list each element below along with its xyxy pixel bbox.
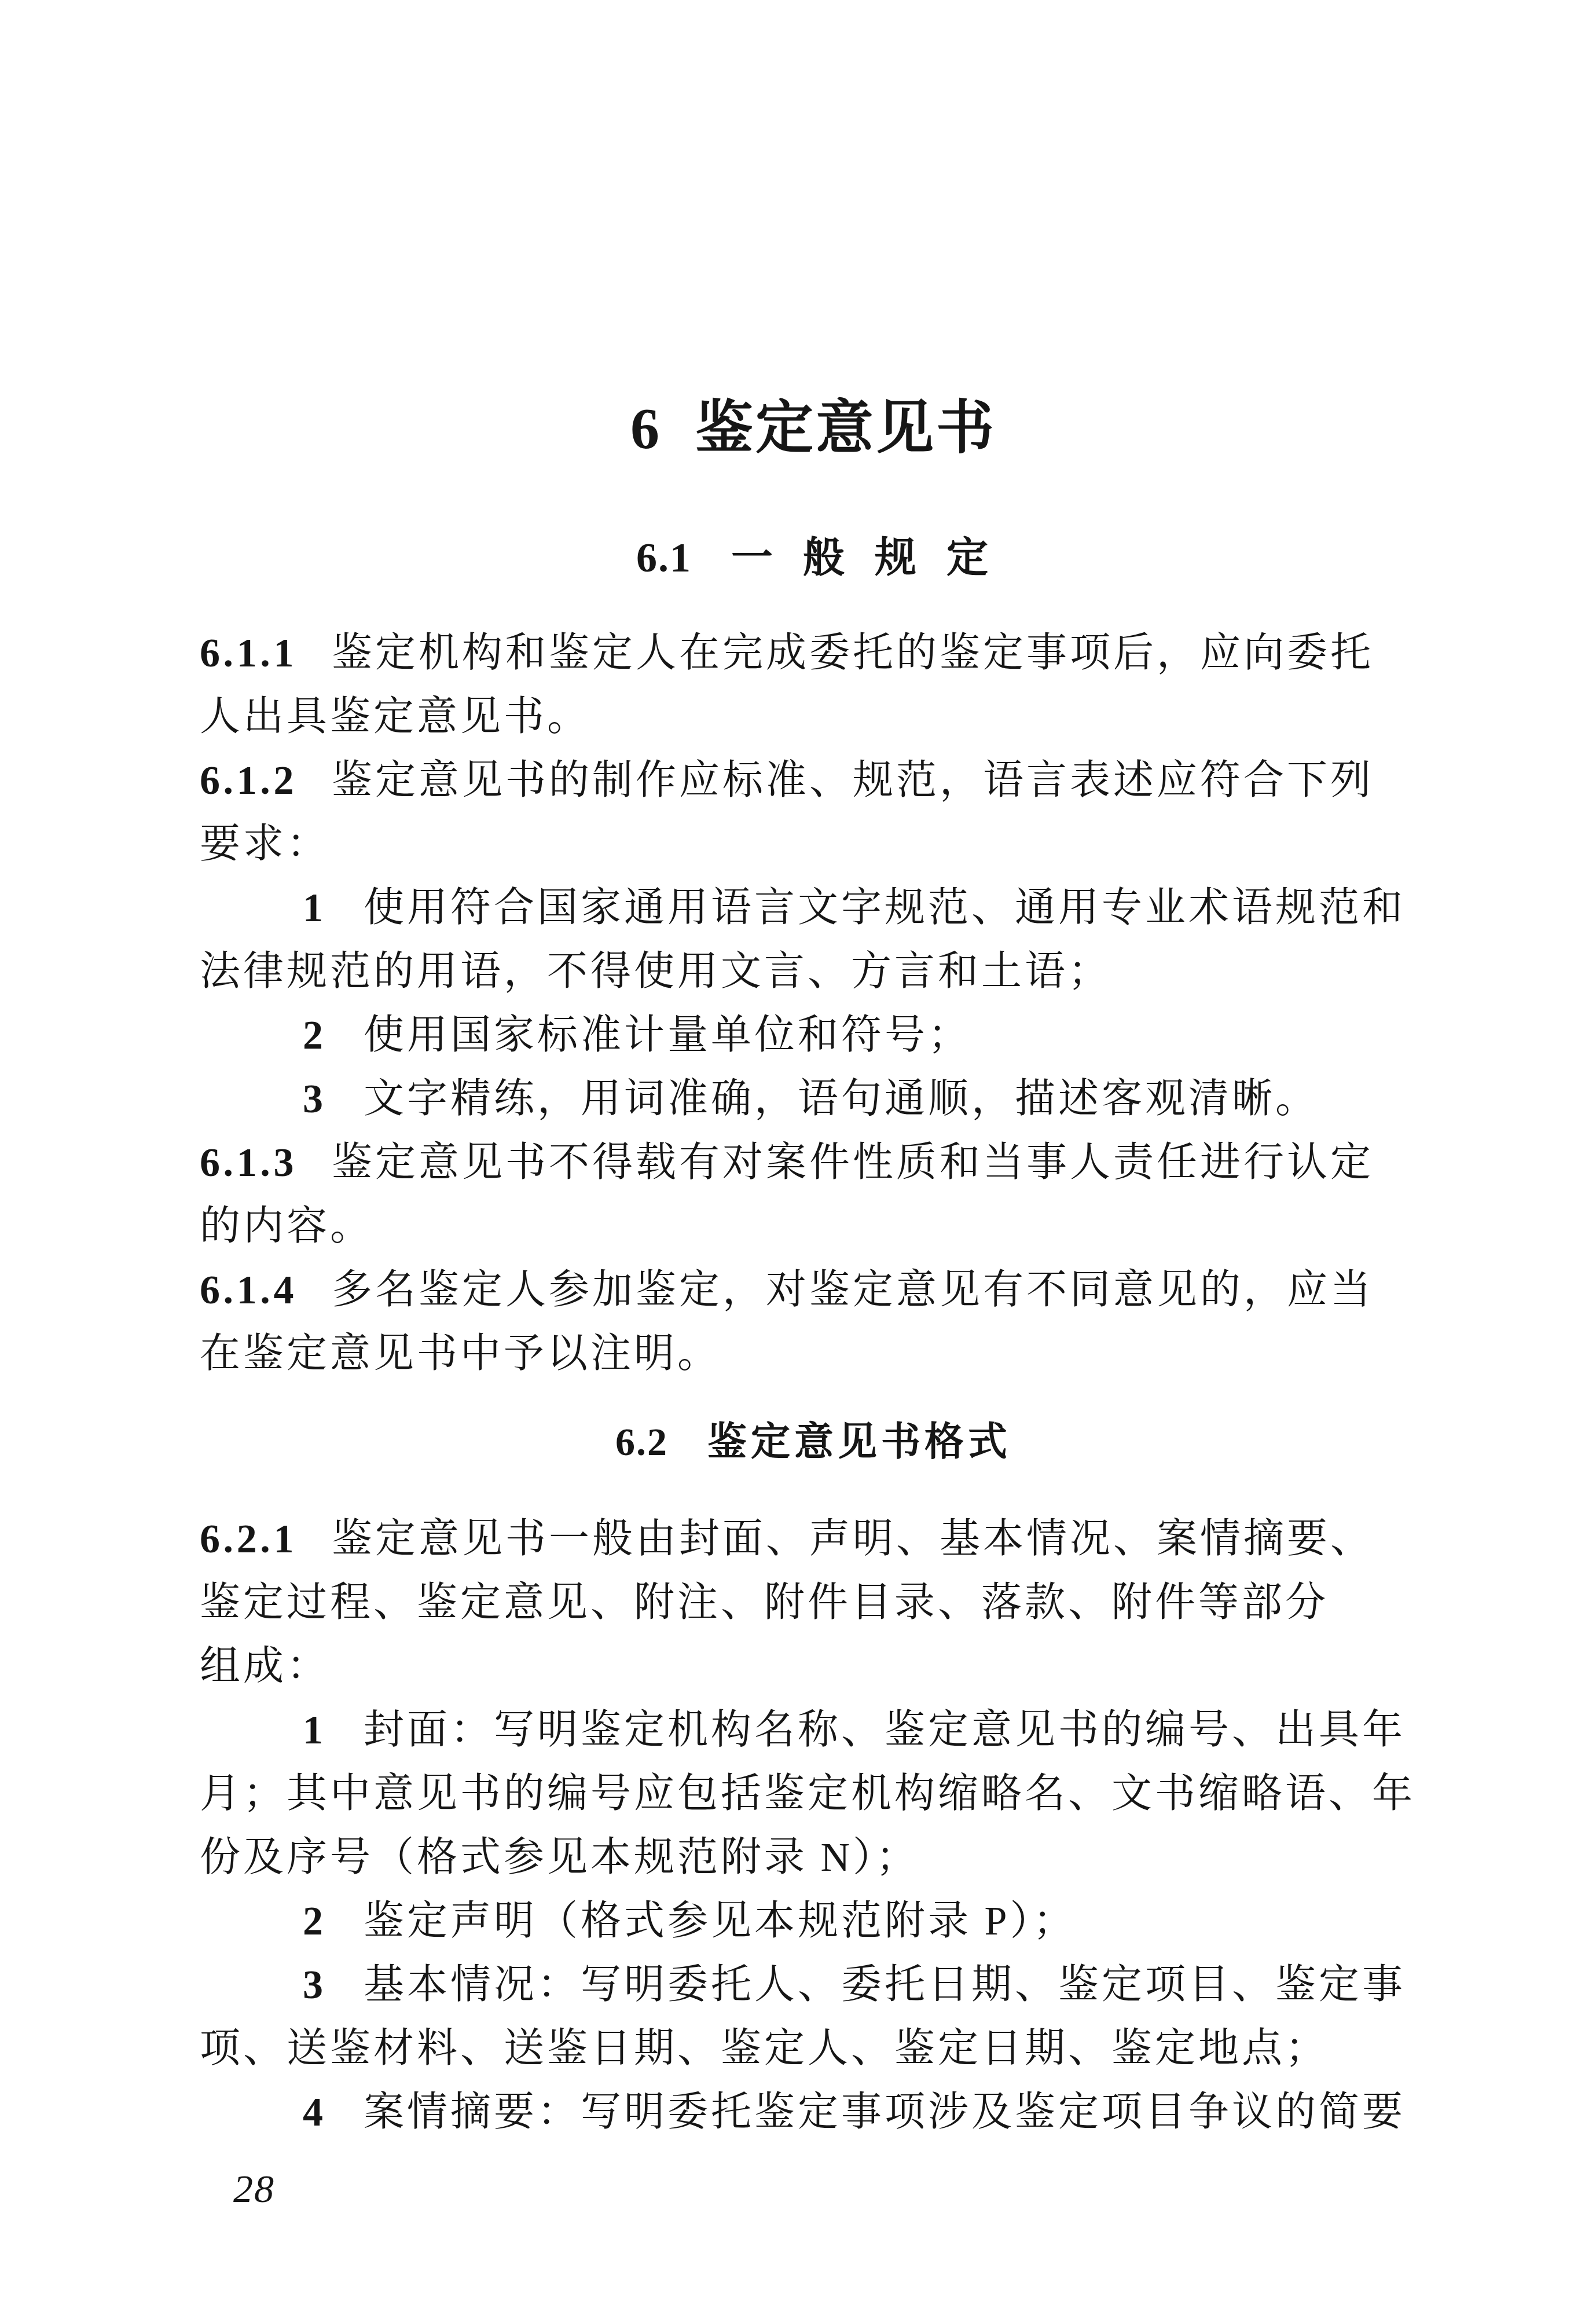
line-text: 法律规范的用语，不得使用文言、方言和土语； [200, 950, 1111, 994]
section-heading-6-1: 6.1一 般 规 定 [200, 532, 1427, 584]
body-line: 份及序号（格式参见本规范附录 N）； [200, 1826, 1427, 1890]
line-text: 份及序号（格式参见本规范附录 N）； [200, 1835, 919, 1880]
line-text: 多名鉴定人参加鉴定，对鉴定意见有不同意见的，应当 [332, 1268, 1374, 1313]
item-number: 2 [303, 1899, 323, 1944]
section-number: 6.2 [615, 1420, 668, 1464]
body-line: 在鉴定意见书中予以注明。 [200, 1322, 1427, 1386]
line-text: 鉴定声明（格式参见本规范附录 P）； [364, 1899, 1076, 1944]
list-item-line: 3基本情况：写明委托人、委托日期、鉴定项目、鉴定事 [200, 1954, 1427, 2017]
body-line: 6.1.3鉴定意见书不得载有对案件性质和当事人责任进行认定 [200, 1131, 1427, 1195]
line-text: 鉴定过程、鉴定意见、附注、附件目录、落款、附件等部分 [200, 1581, 1329, 1625]
item-number: 4 [303, 2090, 323, 2135]
clause-label: 6.1.4 [200, 1268, 297, 1313]
body-line: 人出具鉴定意见书。 [200, 686, 1427, 749]
section-6-1-body: 6.1.1鉴定机构和鉴定人在完成委托的鉴定事项后，应向委托 人出具鉴定意见书。 … [200, 622, 1427, 1386]
chapter-title-text: 鉴定意见书 [695, 396, 996, 460]
document-page: 6鉴定意见书 6.1一 般 规 定 6.1.1鉴定机构和鉴定人在完成委托的鉴定事… [0, 0, 1596, 2312]
line-text: 鉴定机构和鉴定人在完成委托的鉴定事项后，应向委托 [332, 631, 1374, 676]
section-title-text: 鉴定意见书格式 [707, 1420, 1011, 1464]
section-6-2-body: 6.2.1鉴定意见书一般由封面、声明、基本情况、案情摘要、 鉴定过程、鉴定意见、… [200, 1508, 1427, 2145]
line-text: 鉴定意见书不得载有对案件性质和当事人责任进行认定 [332, 1141, 1374, 1185]
body-line: 6.1.4多名鉴定人参加鉴定，对鉴定意见有不同意见的，应当 [200, 1259, 1427, 1322]
body-line: 6.2.1鉴定意见书一般由封面、声明、基本情况、案情摘要、 [200, 1508, 1427, 1571]
line-text: 鉴定意见书的制作应标准、规范，语言表述应符合下列 [332, 759, 1374, 803]
line-text: 案情摘要：写明委托鉴定事项涉及鉴定项目争议的简要 [364, 2090, 1406, 2135]
list-item-line: 4案情摘要：写明委托鉴定事项涉及鉴定项目争议的简要 [200, 2081, 1427, 2145]
line-text: 人出具鉴定意见书。 [200, 695, 590, 739]
body-line: 要求： [200, 813, 1427, 877]
line-text: 月；其中意见书的编号应包括鉴定机构缩略名、文书缩略语、年 [200, 1772, 1415, 1816]
body-line: 6.1.1鉴定机构和鉴定人在完成委托的鉴定事项后，应向委托 [200, 622, 1427, 686]
line-text: 项、送鉴材料、送鉴日期、鉴定人、鉴定日期、鉴定地点； [200, 2027, 1329, 2071]
section-number: 6.1 [636, 534, 692, 581]
line-text: 的内容。 [200, 1204, 373, 1249]
line-text: 封面：写明鉴定机构名称、鉴定意见书的编号、出具年 [364, 1708, 1406, 1753]
body-line: 的内容。 [200, 1195, 1427, 1259]
line-text: 鉴定意见书一般由封面、声明、基本情况、案情摘要、 [332, 1517, 1374, 1562]
item-number: 1 [303, 1708, 323, 1753]
line-text: 要求： [200, 822, 330, 867]
line-text: 使用国家标准计量单位和符号； [364, 1013, 971, 1058]
chapter-number: 6 [630, 396, 659, 460]
line-text: 文字精练，用词准确，语句通顺，描述客观清晰。 [364, 1077, 1319, 1122]
section-heading-6-2: 6.2鉴定意见书格式 [200, 1416, 1427, 1468]
body-line: 鉴定过程、鉴定意见、附注、附件目录、落款、附件等部分 [200, 1571, 1427, 1635]
body-line: 项、送鉴材料、送鉴日期、鉴定人、鉴定日期、鉴定地点； [200, 2017, 1427, 2081]
list-item-line: 1使用符合国家通用语言文字规范、通用专业术语规范和 [200, 877, 1427, 940]
line-text: 在鉴定意见书中予以注明。 [200, 1332, 721, 1376]
body-line: 法律规范的用语，不得使用文言、方言和土语； [200, 940, 1427, 1004]
list-item-line: 1封面：写明鉴定机构名称、鉴定意见书的编号、出具年 [200, 1699, 1427, 1763]
item-number: 2 [303, 1013, 323, 1058]
line-text: 基本情况：写明委托人、委托日期、鉴定项目、鉴定事 [364, 1963, 1406, 2007]
chapter-heading: 6鉴定意见书 [200, 394, 1427, 463]
clause-label: 6.1.1 [200, 631, 297, 676]
item-number: 3 [303, 1963, 323, 2007]
list-item-line: 2使用国家标准计量单位和符号； [200, 1004, 1427, 1068]
clause-label: 6.2.1 [200, 1517, 297, 1562]
clause-label: 6.1.3 [200, 1141, 297, 1185]
clause-label: 6.1.2 [200, 759, 297, 803]
page-number: 28 [233, 2166, 275, 2212]
line-text: 使用符合国家通用语言文字规范、通用专业术语规范和 [364, 886, 1406, 930]
item-number: 1 [303, 886, 323, 930]
list-item-line: 2鉴定声明（格式参见本规范附录 P）； [200, 1890, 1427, 1954]
list-item-line: 3文字精练，用词准确，语句通顺，描述客观清晰。 [200, 1068, 1427, 1131]
body-line: 月；其中意见书的编号应包括鉴定机构缩略名、文书缩略语、年 [200, 1763, 1427, 1826]
section-title-text: 一 般 规 定 [731, 534, 990, 581]
item-number: 3 [303, 1077, 323, 1122]
body-line: 组成： [200, 1635, 1427, 1699]
line-text: 组成： [200, 1644, 330, 1689]
body-line: 6.1.2鉴定意见书的制作应标准、规范，语言表述应符合下列 [200, 749, 1427, 813]
